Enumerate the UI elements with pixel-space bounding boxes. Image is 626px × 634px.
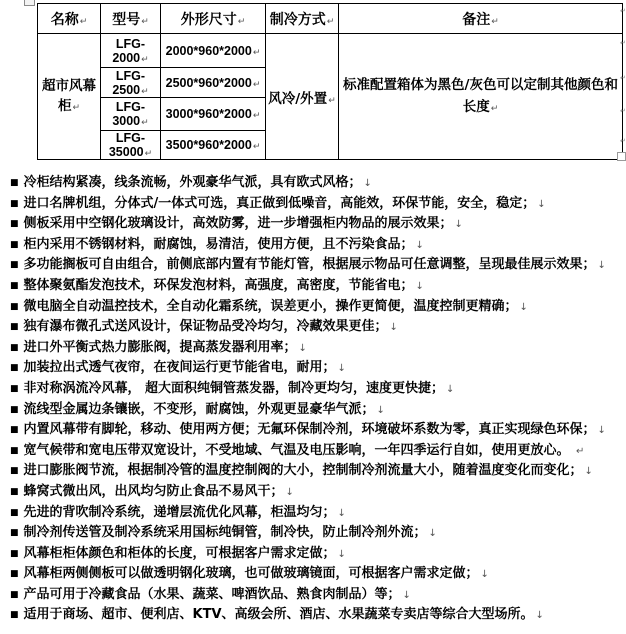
row-end-mark-icon: ↵ bbox=[620, 138, 626, 145]
feature-text: 蜂窝式微出风，出风均匀防止食品不易风干； bbox=[24, 484, 284, 499]
bullet-square-icon: ■ bbox=[10, 528, 19, 538]
size-value: 3000*960*2000 bbox=[166, 107, 252, 121]
bullet-square-icon: ■ bbox=[10, 425, 19, 435]
header-remarks: 备注↵ bbox=[339, 4, 623, 34]
header-cooling: 制冷方式↵ bbox=[266, 4, 339, 34]
line-break-mark-icon: ↓ bbox=[446, 384, 454, 395]
header-dimensions: 外形尺寸↵ bbox=[161, 4, 266, 34]
feature-list: ■冷柜结构紧凑，线条流畅，外观豪华气派，具有欧式风格；↓■进口名牌机组，分体式/… bbox=[10, 173, 626, 626]
feature-text: 独有瀑布微孔式送风设计，保证物品受冷均匀，冷藏效果更佳； bbox=[24, 319, 388, 334]
remark-cell: 标准配置箱体为黑色/灰色可以定制其他颜色和长度↵ bbox=[339, 34, 623, 160]
feature-text: 侧板采用中空钢化玻璃设计，高效防雾，进一步增强柜内物品的展示效果； bbox=[24, 216, 453, 231]
model-cell: LFG-35000↵ bbox=[101, 131, 161, 160]
cooling-method: 风冷/外置 bbox=[268, 91, 327, 107]
line-break-mark-icon: ↓ bbox=[536, 610, 544, 621]
bullet-square-icon: ■ bbox=[10, 302, 19, 312]
feature-item: ■宽气候带和宽电压带双宽设计，不受地域、气温及电压影响，一年四季运行自如，使用更… bbox=[10, 441, 626, 462]
line-break-mark-icon: ↓ bbox=[416, 240, 424, 251]
bullet-square-icon: ■ bbox=[10, 384, 19, 394]
feature-item: ■微电脑全自动温控技术，全自动化霜系统，误差更小，操作更简便，温度控制更精确；↓ bbox=[10, 297, 626, 318]
row-end-mark-icon: ↵ bbox=[620, 40, 626, 47]
feature-item: ■加装拉出式透气夜帘，在夜间运行更节能省电，耐用；↓ bbox=[10, 358, 626, 379]
bullet-square-icon: ■ bbox=[10, 569, 19, 579]
cell-end-mark-icon: ↵ bbox=[72, 103, 80, 113]
bullet-square-icon: ■ bbox=[10, 322, 19, 332]
feature-text: 柜内采用不锈钢材料，耐腐蚀，易清洁，使用方便，且不污染食品； bbox=[24, 237, 414, 252]
line-break-mark-icon: ↓ bbox=[338, 549, 346, 560]
cell-end-mark-icon: ↵ bbox=[141, 17, 149, 27]
size-value: 2500*960*2000 bbox=[166, 76, 252, 90]
feature-text: 风幕柜柜体颜色和柜体的长度，可根据客户需求定做； bbox=[24, 546, 336, 561]
feature-item: ■整体聚氨酯发泡技术，环保发泡材料，高强度，高密度，节能省电；↓ bbox=[10, 276, 626, 297]
feature-item: ■侧板采用中空钢化玻璃设计，高效防雾，进一步增强柜内物品的展示效果；↓ bbox=[10, 214, 626, 235]
document-page: 名称↵ 型号↵ 外形尺寸↵ 制冷方式↵ 备注↵ 超市风幕柜↵ LFG-2000↵… bbox=[0, 0, 626, 634]
header-remarks-label: 备注 bbox=[462, 12, 490, 28]
feature-item: ■独有瀑布微孔式送风设计，保证物品受冷均匀，冷藏效果更佳；↓ bbox=[10, 317, 626, 338]
row-end-mark-icon: ↵ bbox=[620, 75, 626, 82]
feature-text: 微电脑全自动温控技术，全自动化霜系统，误差更小，操作更简便，温度控制更精确； bbox=[24, 299, 518, 314]
feature-text: 进口膨胀阀节流，根据制冷管的温度控制阀的大小，控制制冷剂流量大小，随着温度变化而… bbox=[24, 463, 583, 478]
bullet-square-icon: ■ bbox=[10, 487, 19, 497]
line-break-mark-icon: ↓ bbox=[429, 528, 437, 539]
bullet-square-icon: ■ bbox=[10, 590, 19, 600]
model-cell: LFG-2500↵ bbox=[101, 68, 161, 98]
feature-item: ■柜内采用不锈钢材料，耐腐蚀，易清洁，使用方便，且不污染食品；↓ bbox=[10, 235, 626, 256]
bullet-square-icon: ■ bbox=[10, 260, 19, 270]
line-break-mark-icon: ↓ bbox=[286, 487, 294, 498]
feature-item: ■进口名牌机组，分体式/一体式可选，真正做到低噪音，高能效，环保节能，安全，稳定… bbox=[10, 194, 626, 215]
model-cell: LFG-3000↵ bbox=[101, 98, 161, 131]
feature-item: ■流线型金属边条镶嵌，不变形，耐腐蚀，外观更显豪华气派；↓ bbox=[10, 400, 626, 421]
size-value: 2000*960*2000 bbox=[166, 44, 252, 58]
table-move-handle-icon[interactable] bbox=[24, 0, 35, 6]
row-end-mark-icon: ↵ bbox=[620, 8, 626, 15]
bullet-square-icon: ■ bbox=[10, 199, 19, 209]
feature-text: 流线型金属边条镶嵌，不变形，耐腐蚀，外观更显豪华气派； bbox=[24, 402, 375, 417]
model-cell: LFG-2000↵ bbox=[101, 34, 161, 68]
feature-item: ■内置风幕带有脚轮，移动、使用两方便；无氟环保制冷剂，环境破坏系数为零，真正实现… bbox=[10, 420, 626, 441]
feature-item: ■进口膨胀阀节流，根据制冷管的温度控制阀的大小，控制制冷剂流量大小，随着温度变化… bbox=[10, 461, 626, 482]
cell-end-mark-icon: ↵ bbox=[80, 17, 88, 27]
line-break-mark-icon: ↓ bbox=[416, 281, 424, 292]
bullet-square-icon: ■ bbox=[10, 178, 19, 188]
model-value: LFG-35000 bbox=[109, 131, 145, 159]
cell-end-mark-icon: ↵ bbox=[141, 54, 149, 64]
line-break-mark-icon: ↓ bbox=[377, 405, 385, 416]
size-value: 3500*960*2000 bbox=[166, 138, 252, 152]
bullet-square-icon: ■ bbox=[10, 405, 19, 415]
line-break-mark-icon: ↓ bbox=[598, 425, 606, 436]
product-spec-table: 名称↵ 型号↵ 外形尺寸↵ 制冷方式↵ 备注↵ 超市风幕柜↵ LFG-2000↵… bbox=[37, 3, 623, 160]
feature-text: 进口名牌机组，分体式/一体式可选，真正做到低噪音，高能效，环保节能，安全，稳定； bbox=[24, 196, 536, 211]
cooling-method-cell: 风冷/外置↵ bbox=[266, 34, 339, 160]
feature-item: ■风幕柜两侧侧板可以做透明钢化玻璃，也可做玻璃镜面，可根据客户需求定做；↓ bbox=[10, 564, 626, 585]
feature-text: 冷柜结构紧凑，线条流畅，外观豪华气派，具有欧式风格； bbox=[24, 175, 362, 190]
header-dimensions-label: 外形尺寸 bbox=[181, 12, 237, 28]
feature-text: 宽气候带和宽电压带双宽设计，不受地域、气温及电压影响，一年四季运行自如，使用更放… bbox=[24, 443, 575, 458]
size-cell: 2000*960*2000↵ bbox=[161, 34, 266, 68]
header-name: 名称↵ bbox=[38, 4, 101, 34]
cell-end-mark-icon: ↵ bbox=[253, 47, 261, 57]
feature-text: 整体聚氨酯发泡技术，环保发泡材料，高强度，高密度，节能省电； bbox=[24, 278, 414, 293]
feature-text: 多功能搁板可自由组合，前侧底部内置有节能灯管，根据展示物品可任意调整，呈现最佳展… bbox=[24, 257, 596, 272]
line-break-mark-icon: ↓ bbox=[403, 590, 411, 601]
feature-text: 先进的背吹制冷系统，递增层流优化风幕，柜温均匀； bbox=[24, 505, 336, 520]
feature-item: ■多功能搁板可自由组合，前侧底部内置有节能灯管，根据展示物品可任意调整，呈现最佳… bbox=[10, 255, 626, 276]
feature-item: ■先进的背吹制冷系统，递增层流优化风幕，柜温均匀；↓ bbox=[10, 503, 626, 524]
feature-text: 非对称涡流冷风幕， 超大面积纯铜管蒸发器，制冷更均匀，速度更快捷； bbox=[24, 381, 445, 396]
line-break-mark-icon: ↓ bbox=[455, 219, 463, 230]
line-break-mark-icon: ↓ bbox=[390, 322, 398, 333]
size-cell: 3000*960*2000↵ bbox=[161, 98, 266, 131]
header-model-label: 型号 bbox=[112, 12, 140, 28]
cell-end-mark-icon: ↵ bbox=[253, 141, 261, 151]
header-model: 型号↵ bbox=[101, 4, 161, 34]
feature-item: ■产品可用于冷藏食品（水果、蔬菜、啤酒饮品、熟食肉制品）等；↓ bbox=[10, 585, 626, 606]
bullet-square-icon: ■ bbox=[10, 363, 19, 373]
line-break-mark-icon: ↓ bbox=[520, 302, 528, 313]
bullet-square-icon: ■ bbox=[10, 219, 19, 229]
cell-end-mark-icon: ↵ bbox=[253, 79, 261, 89]
feature-text: 产品可用于冷藏食品（水果、蔬菜、啤酒饮品、熟食肉制品）等； bbox=[24, 587, 401, 602]
size-cell: 3500*960*2000↵ bbox=[161, 131, 266, 160]
line-break-mark-icon: ↓ bbox=[481, 569, 489, 580]
line-break-mark-icon: ↓ bbox=[585, 466, 593, 477]
bullet-square-icon: ■ bbox=[10, 466, 19, 476]
line-break-mark-icon: ↓ bbox=[338, 363, 346, 374]
cell-end-mark-icon: ↵ bbox=[328, 96, 336, 106]
header-name-label: 名称 bbox=[51, 12, 79, 28]
feature-text: 适用于商场、超市、便利店、KTV、高级会所、酒店、水果蔬菜专卖店等综合大型场所。 bbox=[24, 607, 534, 622]
product-name-cell: 超市风幕柜↵ bbox=[38, 34, 101, 160]
table-header-row: 名称↵ 型号↵ 外形尺寸↵ 制冷方式↵ 备注↵ bbox=[38, 4, 623, 34]
header-cooling-label: 制冷方式 bbox=[270, 12, 326, 28]
cell-end-mark-icon: ↵ bbox=[491, 104, 499, 114]
bullet-square-icon: ■ bbox=[10, 281, 19, 291]
bullet-square-icon: ■ bbox=[10, 343, 19, 353]
cell-end-mark-icon: ↵ bbox=[327, 17, 335, 27]
cell-end-mark-icon: ↵ bbox=[491, 17, 499, 27]
feature-item: ■制冷剂传送管及制冷系统采用国标纯铜管，制冷快，防止制冷剂外流；↓ bbox=[10, 523, 626, 544]
feature-text: 进口外平衡式热力膨胀阀，提高蒸发器利用率； bbox=[24, 340, 297, 355]
feature-item: ■非对称涡流冷风幕， 超大面积纯铜管蒸发器，制冷更均匀，速度更快捷；↓ bbox=[10, 379, 626, 400]
feature-item: ■风幕柜柜体颜色和柜体的长度，可根据客户需求定做；↓ bbox=[10, 544, 626, 565]
bullet-square-icon: ■ bbox=[10, 240, 19, 250]
line-break-mark-icon: ↓ bbox=[364, 178, 372, 189]
cell-end-mark-icon: ↵ bbox=[253, 110, 261, 120]
bullet-square-icon: ■ bbox=[10, 446, 19, 456]
line-break-mark-icon: ↓ bbox=[338, 508, 346, 519]
cell-end-mark-icon: ↵ bbox=[238, 17, 246, 27]
feature-item: ■适用于商场、超市、便利店、KTV、高级会所、酒店、水果蔬菜专卖店等综合大型场所… bbox=[10, 605, 626, 626]
feature-text: 内置风幕带有脚轮，移动、使用两方便；无氟环保制冷剂，环境破坏系数为零，真正实现绿… bbox=[24, 422, 596, 437]
remark-text: 标准配置箱体为黑色/灰色可以定制其他颜色和长度 bbox=[343, 77, 618, 115]
feature-item: ■蜂窝式微出风，出风均匀防止食品不易风干；↓ bbox=[10, 482, 626, 503]
feature-item: ■冷柜结构紧凑，线条流畅，外观豪华气派，具有欧式风格；↓ bbox=[10, 173, 626, 194]
product-name: 超市风幕柜 bbox=[42, 78, 96, 114]
feature-text: 制冷剂传送管及制冷系统采用国标纯铜管，制冷快，防止制冷剂外流； bbox=[24, 525, 427, 540]
table-resize-handle-icon[interactable] bbox=[617, 152, 626, 161]
table-row: 超市风幕柜↵ LFG-2000↵ 2000*960*2000↵ 风冷/外置↵ 标… bbox=[38, 34, 623, 68]
line-break-mark-icon: ↓ bbox=[537, 199, 545, 210]
cell-end-mark-icon: ↵ bbox=[141, 86, 149, 96]
line-break-mark-icon: ↓ bbox=[299, 343, 307, 354]
feature-text: 加装拉出式透气夜帘，在夜间运行更节能省电，耐用； bbox=[24, 360, 336, 375]
bullet-square-icon: ■ bbox=[10, 610, 19, 620]
line-break-mark-icon: ↓ bbox=[598, 260, 606, 271]
feature-item: ■进口外平衡式热力膨胀阀，提高蒸发器利用率；↓ bbox=[10, 338, 626, 359]
size-cell: 2500*960*2000↵ bbox=[161, 68, 266, 98]
bullet-square-icon: ■ bbox=[10, 508, 19, 518]
paragraph-mark-icon: ↵ bbox=[576, 446, 584, 457]
bullet-square-icon: ■ bbox=[10, 549, 19, 559]
row-end-mark-icon: ↵ bbox=[620, 108, 626, 115]
cell-end-mark-icon: ↵ bbox=[141, 117, 149, 127]
cell-end-mark-icon: ↵ bbox=[145, 148, 153, 158]
feature-text: 风幕柜两侧侧板可以做透明钢化玻璃，也可做玻璃镜面，可根据客户需求定做； bbox=[24, 566, 479, 581]
